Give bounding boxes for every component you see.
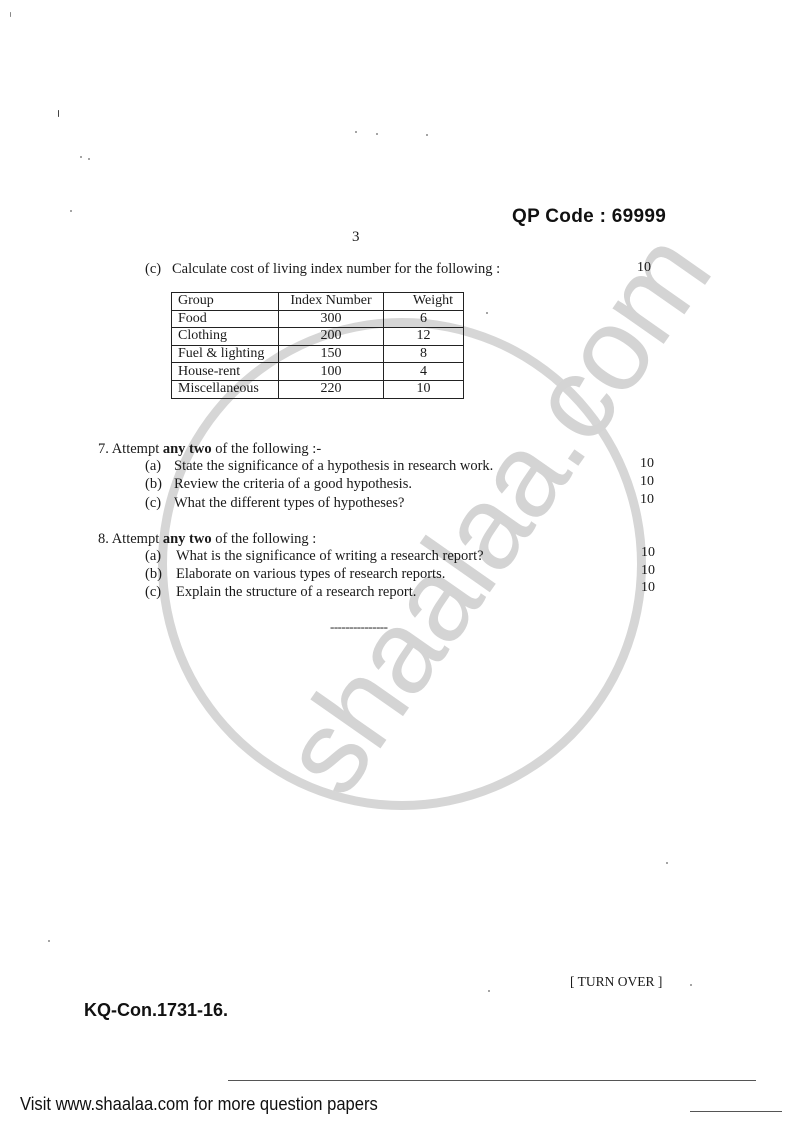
footer-rule-small: [690, 1111, 782, 1112]
question-6c-label: (c): [145, 261, 161, 278]
table-row: Fuel & lighting 150 8: [172, 345, 464, 363]
cell-group: Fuel & lighting: [172, 345, 279, 363]
footer-rule: [228, 1080, 756, 1081]
question-7a-text: State the significance of a hypothesis i…: [174, 458, 493, 475]
table-row: Food 300 6: [172, 310, 464, 328]
cell-group: Miscellaneous: [172, 380, 279, 398]
table-header-row: Group Index Number Weight: [172, 293, 464, 311]
question-8a-text: What is the significance of writing a re…: [176, 548, 484, 565]
scan-speck: [488, 990, 490, 992]
question-8c-marks: 10: [641, 580, 655, 596]
question-8-suffix: of the following :: [215, 531, 316, 547]
scan-speck: [10, 12, 11, 17]
question-7a-label: (a): [145, 458, 161, 475]
cell-group: Food: [172, 310, 279, 328]
cell-weight: 4: [384, 363, 464, 381]
visit-link[interactable]: Visit www.shaalaa.com for more question …: [20, 1094, 378, 1115]
scan-speck: [88, 158, 90, 160]
question-8a-label: (a): [145, 548, 161, 565]
question-7-suffix: of the following :-: [215, 441, 321, 457]
question-8-number: 8.: [98, 531, 109, 547]
qp-code: QP Code : 69999: [512, 206, 666, 228]
scan-speck: [426, 134, 428, 136]
question-8b-marks: 10: [641, 563, 655, 579]
question-8c-text: Explain the structure of a research repo…: [176, 584, 416, 601]
table-row: Miscellaneous 220 10: [172, 380, 464, 398]
scan-speck: [48, 940, 50, 942]
scan-speck: [58, 110, 59, 117]
turn-over-label: [ TURN OVER ]: [570, 974, 662, 990]
cell-index-number: 100: [279, 363, 384, 381]
paper-code: KQ-Con.1731-16.: [84, 1000, 228, 1021]
question-7c-label: (c): [145, 495, 161, 512]
scan-speck: [355, 131, 357, 133]
cell-index-number: 150: [279, 345, 384, 363]
question-7a-marks: 10: [640, 456, 654, 472]
table-row: Clothing 200 12: [172, 328, 464, 346]
question-8-heading: 8. Attempt any two of the following :: [98, 531, 316, 548]
scan-speck: [666, 862, 668, 864]
column-header-weight: Weight: [384, 293, 464, 311]
scan-speck: [70, 210, 72, 212]
question-7b-text: Review the criteria of a good hypothesis…: [174, 476, 412, 493]
question-8-bold: any two: [163, 531, 212, 547]
scan-speck: [690, 984, 692, 986]
end-divider: ---------------: [330, 619, 387, 635]
cell-index-number: 200: [279, 328, 384, 346]
question-8c-label: (c): [145, 584, 161, 601]
question-8a-marks: 10: [641, 545, 655, 561]
question-6c-text: Calculate cost of living index number fo…: [172, 261, 500, 278]
question-8-prefix: Attempt: [112, 531, 160, 547]
cell-weight: 12: [384, 328, 464, 346]
cell-group: House-rent: [172, 363, 279, 381]
question-6c-marks: 10: [637, 260, 651, 276]
question-7-bold: any two: [163, 441, 212, 457]
question-8b-text: Elaborate on various types of research r…: [176, 566, 445, 583]
cell-weight: 6: [384, 310, 464, 328]
table-row: House-rent 100 4: [172, 363, 464, 381]
column-header-index-number: Index Number: [279, 293, 384, 311]
question-7b-marks: 10: [640, 474, 654, 490]
cell-group: Clothing: [172, 328, 279, 346]
cell-weight: 10: [384, 380, 464, 398]
column-header-group: Group: [172, 293, 279, 311]
cell-weight: 8: [384, 345, 464, 363]
scan-speck: [486, 312, 488, 314]
question-7-heading: 7. Attempt any two of the following :-: [98, 441, 321, 458]
cell-index-number: 220: [279, 380, 384, 398]
question-7-number: 7.: [98, 441, 109, 457]
scan-speck: [80, 156, 82, 158]
page-number: 3: [352, 229, 360, 246]
question-7c-text: What the different types of hypotheses?: [174, 495, 404, 512]
cost-of-living-table: Group Index Number Weight Food 300 6 Clo…: [171, 292, 464, 399]
cell-index-number: 300: [279, 310, 384, 328]
question-7b-label: (b): [145, 476, 162, 493]
question-7-prefix: Attempt: [112, 441, 160, 457]
question-7c-marks: 10: [640, 492, 654, 508]
question-8b-label: (b): [145, 566, 162, 583]
scan-speck: [376, 133, 378, 135]
